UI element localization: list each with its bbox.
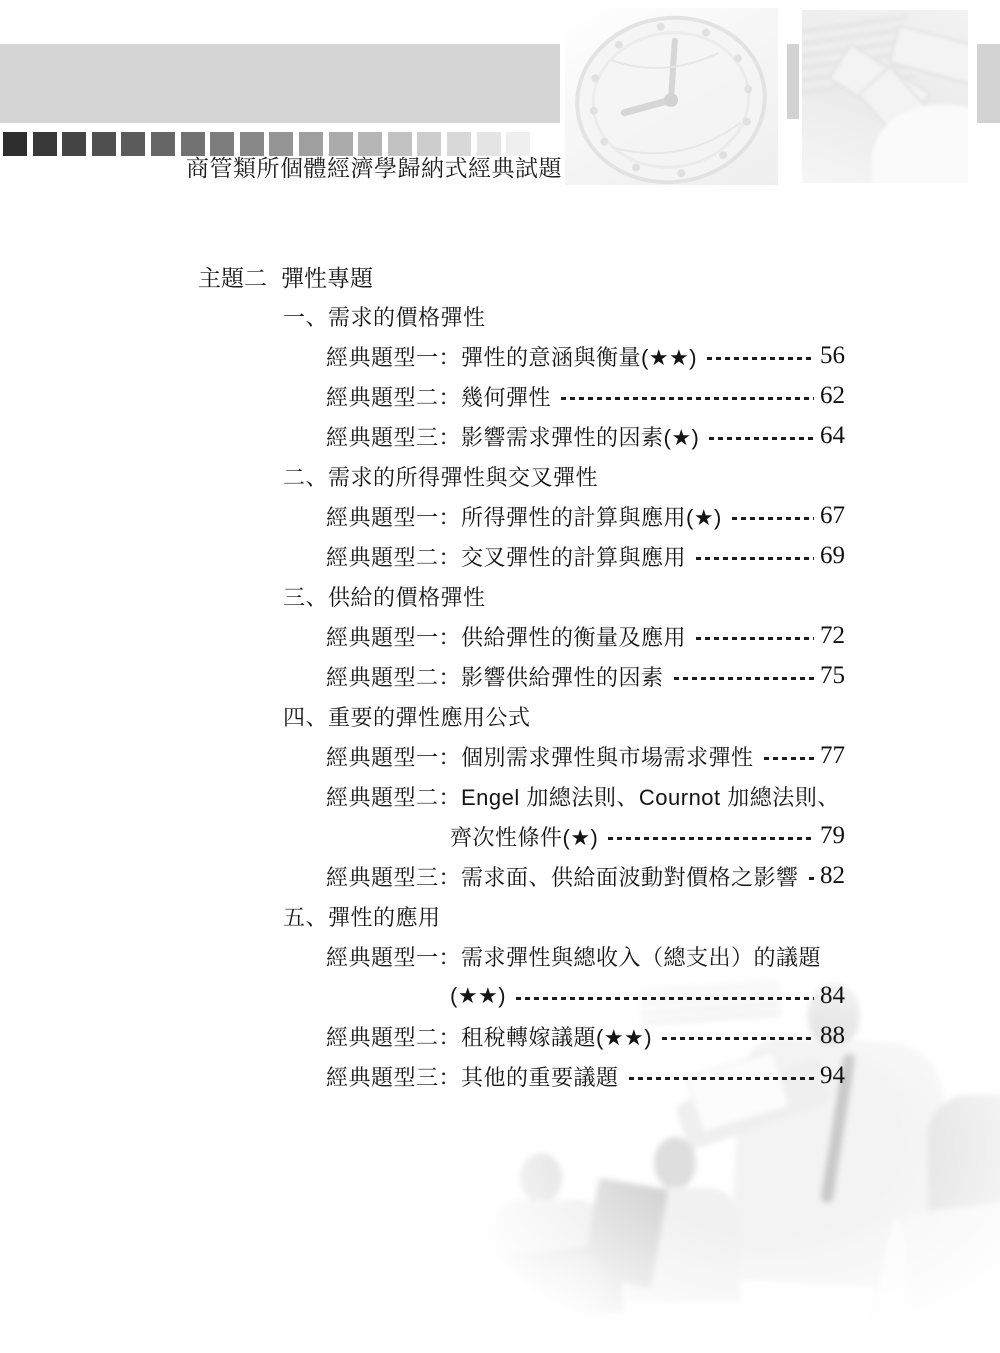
toc-entry-text: 經典題型一：個別需求彈性與市場需求彈性 (326, 741, 754, 772)
toc-entry-text: 經典題型三：其他的重要議題 (326, 1061, 619, 1092)
toc-entry-text: 經典題型二：幾何彈性 (326, 381, 551, 412)
toc-entry-text: 經典題型一：供給彈性的衡量及應用 (326, 621, 686, 652)
toc-entry-row: 經典題型三：需求面、供給面波動對價格之影響82 (198, 856, 845, 896)
header-square-1 (3, 132, 27, 156)
header-square-6 (151, 132, 175, 156)
clock-icon (565, 8, 778, 185)
toc-entry-row: (★★)84 (198, 976, 845, 1016)
header-square-10 (269, 132, 293, 156)
dotted-leader (709, 437, 814, 440)
toc-entry-text: 經典題型三：影響需求彈性的因素(★) (326, 421, 699, 452)
dotted-leader (629, 1077, 814, 1080)
dotted-leader (707, 357, 814, 360)
header-square-18 (506, 132, 530, 156)
dotted-leader (516, 997, 814, 1000)
page-header-title: 商管類所個體經濟學歸納式經典試題 (0, 155, 562, 182)
page-number: 88 (820, 1022, 845, 1050)
header-square-2 (33, 132, 57, 156)
header-band-middle (787, 44, 799, 119)
dotted-leader (662, 1037, 814, 1040)
clock-photo (565, 8, 778, 185)
header-square-9 (240, 132, 264, 156)
toc-entry-row: 經典題型二：交叉彈性的計算與應用69 (198, 536, 845, 576)
dotted-leader (696, 637, 814, 640)
toc-entry-text: 四、重要的彈性應用公式 (283, 701, 531, 732)
book-page: 商管類所個體經濟學歸納式經典試題 主題二 彈性專題 一、需求 (0, 0, 1000, 1353)
toc-entry-row: 經典題型一：供給彈性的衡量及應用72 (198, 616, 845, 656)
toc-entry-text: 齊次性條件(★) (450, 821, 598, 852)
toc-entry-text: 經典題型二：租稅轉嫁議題(★★) (326, 1021, 652, 1052)
money-photo-shapes (802, 10, 968, 183)
toc-entry-text: 經典題型一：所得彈性的計算與應用(★) (326, 501, 722, 532)
header-square-7 (181, 132, 205, 156)
toc-entry-row: 經典題型一：個別需求彈性與市場需求彈性77 (198, 736, 845, 776)
toc-section-row: 一、需求的價格彈性 (198, 296, 845, 336)
header-band-right (977, 44, 1000, 123)
header-square-16 (447, 132, 471, 156)
page-number: 79 (820, 822, 845, 850)
toc-entry-text: (★★) (450, 983, 506, 1009)
toc-entry-text: 經典題型二：Engel 加總法則、Cournot 加總法則、 (326, 781, 840, 812)
toc-entry-row: 經典題型二：影響供給彈性的因素75 (198, 656, 845, 696)
header-square-14 (388, 132, 412, 156)
header-squares-strip (3, 132, 530, 156)
toc-section-row: 五、彈性的應用 (198, 896, 845, 936)
page-number: 69 (820, 542, 845, 570)
toc-entry-text: 三、供給的價格彈性 (283, 581, 486, 612)
toc-entry-text: 二、需求的所得彈性與交叉彈性 (283, 461, 598, 492)
toc-entry-row: 經典題型三：其他的重要議題94 (198, 1056, 845, 1096)
page-number: 67 (820, 502, 845, 530)
topic-title: 彈性專題 (281, 260, 373, 293)
toc-entry-row: 經典題型二：Engel 加總法則、Cournot 加總法則、 (198, 776, 845, 816)
toc-section-row: 四、重要的彈性應用公式 (198, 696, 845, 736)
toc-entry-row: 經典題型一：需求彈性與總收入（總支出）的議題 (198, 936, 845, 976)
toc-section-row: 二、需求的所得彈性與交叉彈性 (198, 456, 845, 496)
dotted-leader (809, 877, 814, 880)
header-square-5 (121, 132, 145, 156)
header-square-13 (358, 132, 382, 156)
page-number: 72 (820, 622, 845, 650)
header-square-12 (329, 132, 353, 156)
page-number: 62 (820, 382, 845, 410)
toc-entry-text: 經典題型三：需求面、供給面波動對價格之影響 (326, 861, 799, 892)
toc-topic-row: 主題二 彈性專題 (198, 256, 845, 296)
toc-entry-text: 經典題型一：彈性的意涵與衡量(★★) (326, 341, 697, 372)
header-square-4 (92, 132, 116, 156)
toc-entry-row: 經典題型一：所得彈性的計算與應用(★)67 (198, 496, 845, 536)
page-number: 75 (820, 662, 845, 690)
toc-entry-row: 經典題型一：彈性的意涵與衡量(★★)56 (198, 336, 845, 376)
dotted-leader (696, 557, 814, 560)
toc-entry-text: 經典題型一：需求彈性與總收入（總支出）的議題 (326, 941, 821, 972)
page-number: 84 (820, 982, 845, 1010)
toc-entries: 一、需求的價格彈性經典題型一：彈性的意涵與衡量(★★)56經典題型二：幾何彈性6… (198, 296, 845, 1096)
page-number: 64 (820, 422, 845, 450)
dotted-leader (674, 677, 814, 680)
toc-entry-row: 經典題型二：幾何彈性62 (198, 376, 845, 416)
header-square-11 (299, 132, 323, 156)
page-number: 94 (820, 1062, 845, 1090)
toc-entry-text: 經典題型二：交叉彈性的計算與應用 (326, 541, 686, 572)
toc-entry-row: 經典題型二：租稅轉嫁議題(★★)88 (198, 1016, 845, 1056)
table-of-contents: 主題二 彈性專題 一、需求的價格彈性經典題型一：彈性的意涵與衡量(★★)56經典… (198, 256, 845, 1096)
toc-section-row: 三、供給的價格彈性 (198, 576, 845, 616)
topic-label: 主題二 (198, 260, 267, 293)
header-square-3 (62, 132, 86, 156)
toc-entry-text: 經典題型二：影響供給彈性的因素 (326, 661, 664, 692)
header-square-8 (210, 132, 234, 156)
toc-entry-text: 五、彈性的應用 (283, 901, 441, 932)
page-number: 77 (820, 742, 845, 770)
toc-entry-row: 經典題型三：影響需求彈性的因素(★)64 (198, 416, 845, 456)
header-band-left (0, 44, 560, 123)
dotted-leader (561, 397, 814, 400)
dotted-leader (764, 757, 814, 760)
header-square-17 (477, 132, 501, 156)
dotted-leader (732, 517, 814, 520)
page-number: 82 (820, 862, 845, 890)
toc-entry-text: 一、需求的價格彈性 (283, 301, 486, 332)
money-photo (802, 10, 968, 183)
toc-entry-row: 齊次性條件(★)79 (198, 816, 845, 856)
dotted-leader (608, 837, 814, 840)
page-number: 56 (820, 342, 845, 370)
header-square-15 (417, 132, 441, 156)
